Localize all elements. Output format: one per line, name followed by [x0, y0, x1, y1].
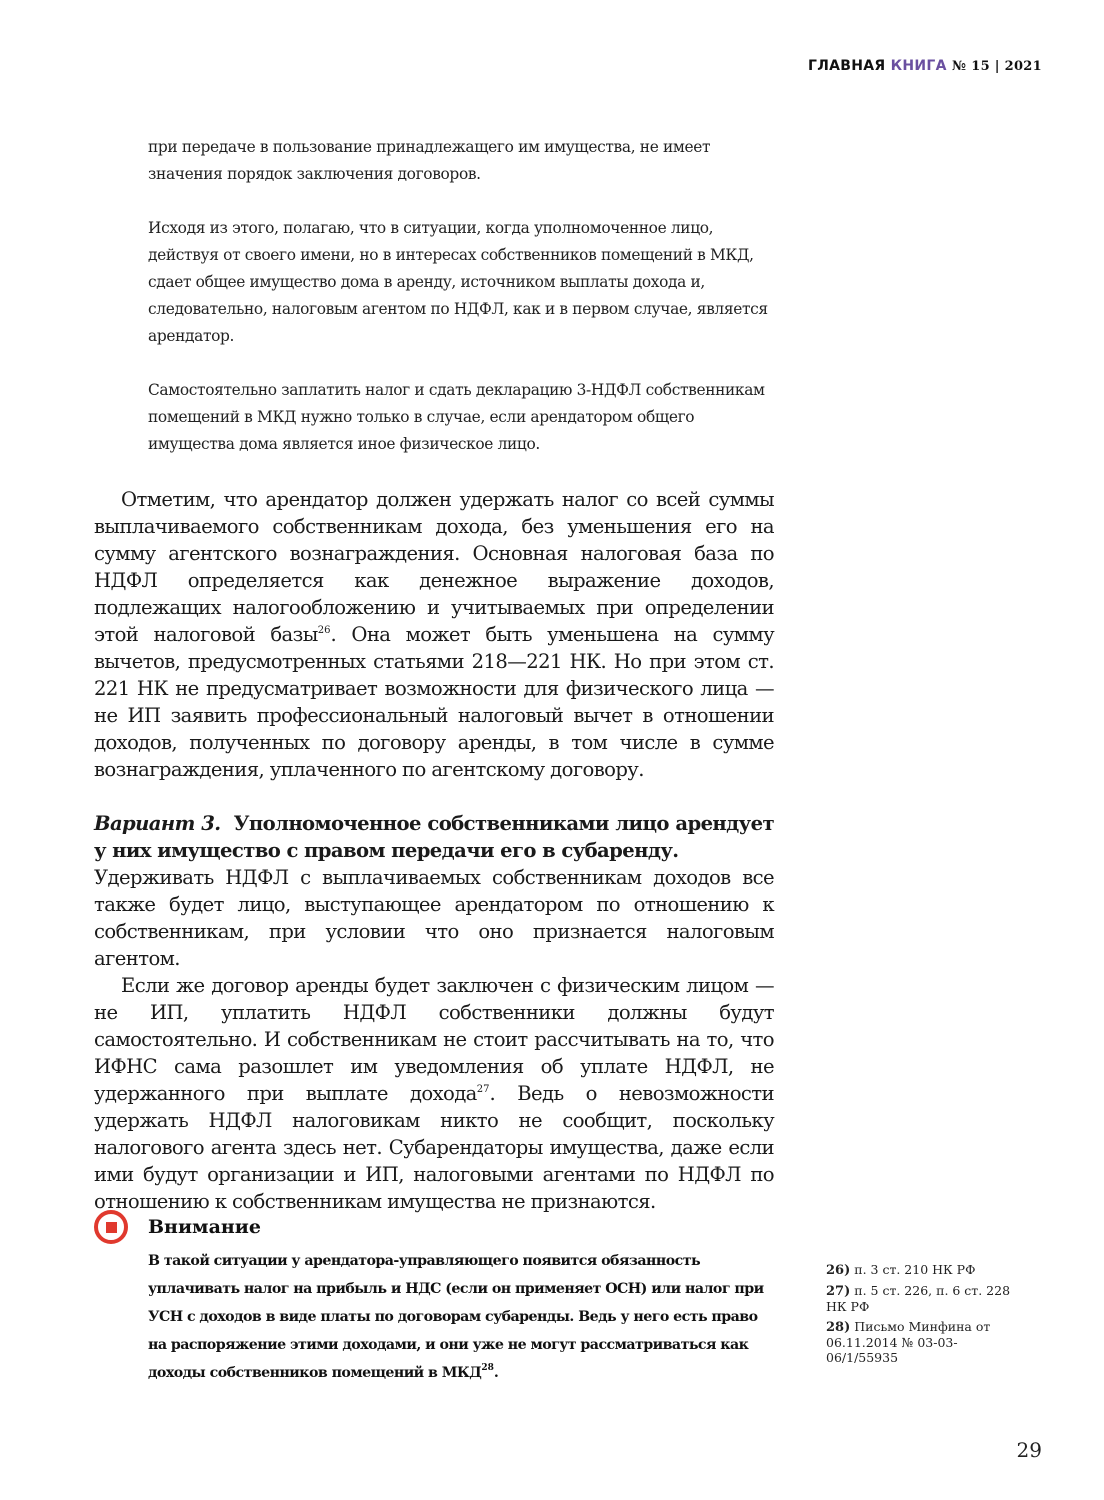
footnote-item: 27) п. 5 ст. 226, п. 6 ст. 228 НК РФ	[826, 1283, 1026, 1314]
expert-quote: при передаче в пользование принадлежащег…	[148, 134, 773, 485]
body-paragraph: Удерживать НДФЛ с выплачиваемых собствен…	[94, 864, 774, 972]
attention-title: Внимание	[148, 1216, 261, 1238]
running-header: ГЛАВНАЯ КНИГА № 15 | 2021	[808, 58, 1042, 74]
footnote-ref[interactable]: 26	[318, 625, 331, 636]
footnote-item: 26) п. 3 ст. 210 НК РФ	[826, 1262, 1026, 1278]
attention-text: В такой ситуации у арендатора-управляюще…	[148, 1247, 778, 1387]
footnotes: 26) п. 3 ст. 210 НК РФ 27) п. 5 ст. 226,…	[826, 1262, 1026, 1370]
footnote-number: 27)	[826, 1284, 850, 1299]
body-section-2: Вариант 3. Уполномоченное собственниками…	[94, 810, 774, 1215]
stop-circle-icon	[94, 1210, 128, 1244]
footnote-text: п. 3 ст. 210 НК РФ	[854, 1262, 975, 1277]
issue-number: № 15 | 2021	[952, 59, 1042, 74]
quote-paragraph: при передаче в пользование принадлежащег…	[148, 134, 773, 188]
body-section-1: Отметим, что арендатор должен удержать н…	[94, 486, 774, 783]
variant-heading: Вариант 3. Уполномоченное собственниками…	[94, 810, 774, 864]
footnote-text: п. 5 ст. 226, п. 6 ст. 228 НК РФ	[826, 1283, 1010, 1314]
variant-label: Вариант 3.	[94, 812, 221, 835]
footnote-ref[interactable]: 28	[481, 1363, 494, 1373]
quote-paragraph: Самостоятельно заплатить налог и сдать д…	[148, 377, 773, 458]
page-number: 29	[1017, 1438, 1042, 1462]
attention-body-end: .	[494, 1365, 498, 1381]
quote-paragraph: Исходя из этого, полагаю, что в ситуации…	[148, 215, 773, 350]
brand-name: ГЛАВНАЯ	[808, 58, 886, 74]
footnote-ref[interactable]: 27	[477, 1084, 490, 1095]
footnote-item: 28) Письмо Минфина от 06.11.2014 № 03-03…	[826, 1319, 1026, 1365]
attention-body: В такой ситуации у арендатора-управляюще…	[148, 1253, 764, 1381]
body-paragraph: Если же договор аренды будет заключен с …	[94, 972, 774, 1215]
body-paragraph: Отметим, что арендатор должен удержать н…	[94, 486, 774, 783]
body-text: . Она может быть уменьшена на сумму выче…	[94, 623, 774, 781]
footnote-number: 28)	[826, 1320, 850, 1335]
footnote-number: 26)	[826, 1263, 850, 1278]
brand-name-accent: КНИГА	[891, 58, 947, 74]
footnote-text: Письмо Минфина от 06.11.2014 № 03-03-06/…	[826, 1319, 990, 1365]
